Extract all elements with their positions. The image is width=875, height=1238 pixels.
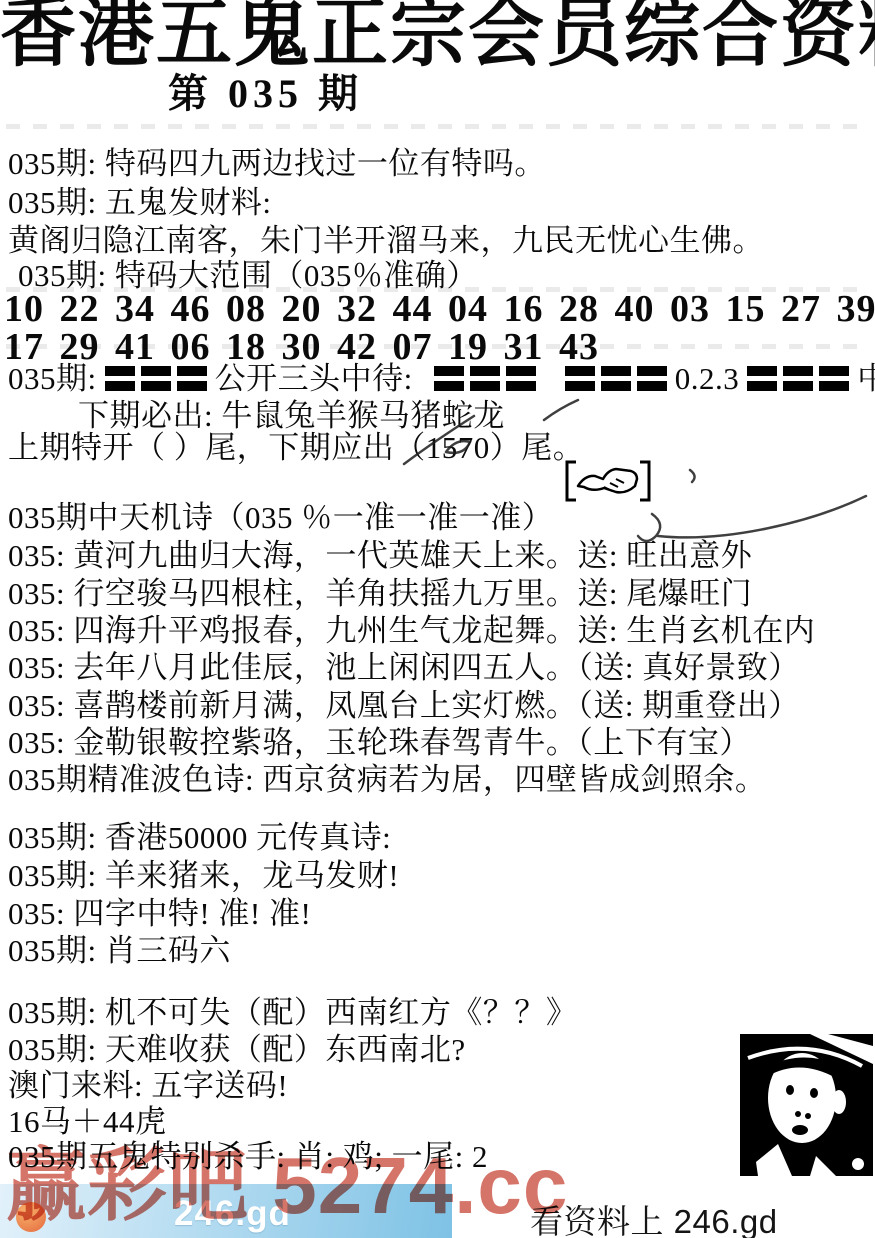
doc-line-poem-3: 035: 行空骏马四根柱，羊角扶摇九万里。送: 尾爆旺门 xyxy=(8,576,752,612)
watermark-site-text: 赢彩吧 5274.cc xyxy=(6,1146,568,1226)
doc-line-poem-1: 黄阁归隐江南客，朱门半开溜马来，九民无忧心生佛。 xyxy=(8,223,764,259)
blocks-nums: 0.2.3 xyxy=(675,361,740,397)
doc-line-poem-2: 035: 黄河九曲归大海，一代英雄天上来。送: 旺出意外 xyxy=(8,538,752,574)
blocks-end: 中 xyxy=(857,361,875,397)
geta-block-group xyxy=(744,366,852,391)
doc-line-fax-poem: 035期: 羊来猪来，龙马发财! xyxy=(8,858,399,894)
doc-line-poem-7: 035: 金勒银鞍控紫骆，玉轮珠春驾青牛。（上下有宝） xyxy=(8,725,751,761)
geta-block xyxy=(177,366,207,391)
geta-block xyxy=(637,366,667,391)
document-page: 香港五鬼正宗会员综合资料 第 035 期 035期: 特码四九两边找过一位有特吗… xyxy=(0,0,875,1238)
portrait-woodcut-image xyxy=(740,1034,873,1176)
geta-block xyxy=(747,366,777,391)
doc-line-macau: 澳门来料: 五字送码! xyxy=(8,1068,288,1104)
doc-line-tianji-header: 035期中天机诗（035 ％一准一准一准） xyxy=(8,500,553,536)
doc-line-poem-5: 035: 去年八月此佳辰，池上闲闲四五人。（送: 真好景致） xyxy=(8,650,800,686)
doc-line-special-hint: 035期: 特码四九两边找过一位有特吗。 xyxy=(8,146,546,182)
page-title: 香港五鬼正宗会员综合资料 xyxy=(0,0,875,72)
geta-block-group xyxy=(562,366,670,391)
doc-line-tail-hint: 上期特开（ ）尾，下期应出（1570）尾。 xyxy=(8,430,584,466)
geta-block xyxy=(565,366,595,391)
doc-line-fax-header: 035期: 香港50000 元传真诗: xyxy=(8,820,391,856)
doc-line-poem-6: 035: 喜鹊楼前新月满，凤凰台上实灯燃。（送: 期重登出） xyxy=(8,688,800,724)
blocks-prefix: 035期: xyxy=(8,361,97,397)
geta-block xyxy=(141,366,171,391)
doc-line-four-char: 035: 四字中特! 准! 准! xyxy=(8,896,311,932)
issue-number: 第 035 期 xyxy=(168,74,363,114)
doc-line-censored-heads: 035期: 公开三头中待: 0.2.3 中 xyxy=(8,361,875,397)
doc-line-wugui-header: 035期: 五鬼发财料: xyxy=(8,185,271,221)
doc-line-poem-4: 035: 四海升平鸡报春，九州生气龙起舞。送: 生肖玄机在内 xyxy=(8,613,815,649)
geta-block xyxy=(470,366,500,391)
geta-block xyxy=(434,366,464,391)
geta-block xyxy=(783,366,813,391)
doc-line-southwest: 035期: 机不可失（配）西南红方《？？》 xyxy=(8,995,577,1031)
geta-block xyxy=(105,366,135,391)
geta-block-group xyxy=(102,366,210,391)
doc-line-next-zodiac: 下期必出: 牛鼠兔羊猴马猪蛇龙 xyxy=(78,398,505,434)
geta-block-group xyxy=(431,366,539,391)
geta-block xyxy=(506,366,536,391)
geta-block xyxy=(601,366,631,391)
blocks-mid: 公开三头中待: xyxy=(215,361,413,397)
doc-line-directions: 035期: 天难收获（配）东西南北? xyxy=(8,1032,466,1068)
doc-line-xiao-san: 035期: 肖三码六 xyxy=(8,933,231,969)
geta-block xyxy=(819,366,849,391)
doc-line-horse-tiger: 16马＋44虎 xyxy=(8,1104,167,1140)
doc-line-bose-poem: 035期精准波色诗: 西京贫病若为居，四壁皆成剑照余。 xyxy=(8,762,766,798)
handshake-icon xyxy=(562,456,654,506)
scan-noise-strip xyxy=(6,124,866,129)
